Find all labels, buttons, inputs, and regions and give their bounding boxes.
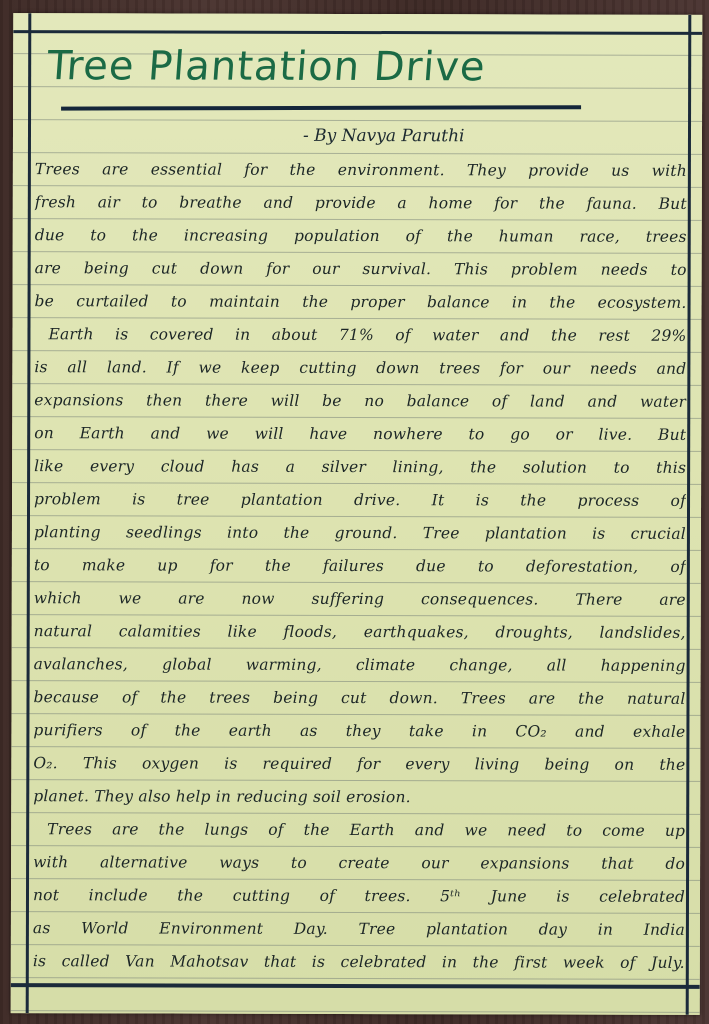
essay-line: is called Van Mahotsav that is celebrate…	[33, 945, 685, 980]
essay-line: Earth is covered in about 71% of water a…	[34, 318, 686, 353]
essay-line: purifiers of the earth as they take in C…	[33, 714, 685, 749]
essay-line: fresh air to breathe and provide a home …	[35, 186, 687, 221]
essay-line: be curtailed to maintain the proper bala…	[35, 285, 687, 320]
essay-line: to make up for the failures due to defor…	[34, 549, 686, 584]
essay-line: due to the increasing population of the …	[35, 219, 687, 254]
essay-line: with alternative ways to create our expa…	[33, 846, 685, 881]
essay-line: not include the cutting of trees. 5ᵗʰ Ju…	[33, 879, 685, 914]
essay-line: which we are now suffering consequences.…	[34, 582, 686, 617]
essay-line: Trees are the lungs of the Earth and we …	[33, 813, 685, 848]
essay-line: are being cut down for our survival. Thi…	[35, 252, 687, 287]
essay-line: avalanches, global warming, climate chan…	[34, 648, 686, 683]
essay-line: planet. They also help in reducing soil …	[33, 780, 685, 815]
essay-line: like every cloud has a silver lining, th…	[34, 450, 686, 485]
essay-line: Trees are essential for the environment.…	[35, 153, 687, 188]
essay-line: because of the trees being cut down. Tre…	[33, 681, 685, 716]
author-byline: - By Navya Paruthi	[303, 126, 465, 146]
essay-line: planting seedlings into the ground. Tree…	[34, 516, 686, 551]
essay-line: natural calamities like floods, earthqua…	[34, 615, 686, 650]
essay-title: Tree Plantation Drive	[46, 43, 488, 90]
essay-line: O₂. This oxygen is required for every li…	[33, 747, 685, 782]
ruled-paper-sheet: Tree Plantation Drive - By Navya Paruthi…	[11, 13, 703, 1015]
essay-line: expansions then there will be no balance…	[34, 384, 686, 419]
essay-line: problem is tree plantation drive. It is …	[34, 483, 686, 518]
essay-line: as World Environment Day. Tree plantatio…	[33, 912, 685, 947]
essay-body: Trees are essential for the environment.…	[33, 153, 687, 980]
essay-line: on Earth and we will have nowhere to go …	[34, 417, 686, 452]
essay-line: is all land. If we keep cutting down tre…	[34, 351, 686, 386]
